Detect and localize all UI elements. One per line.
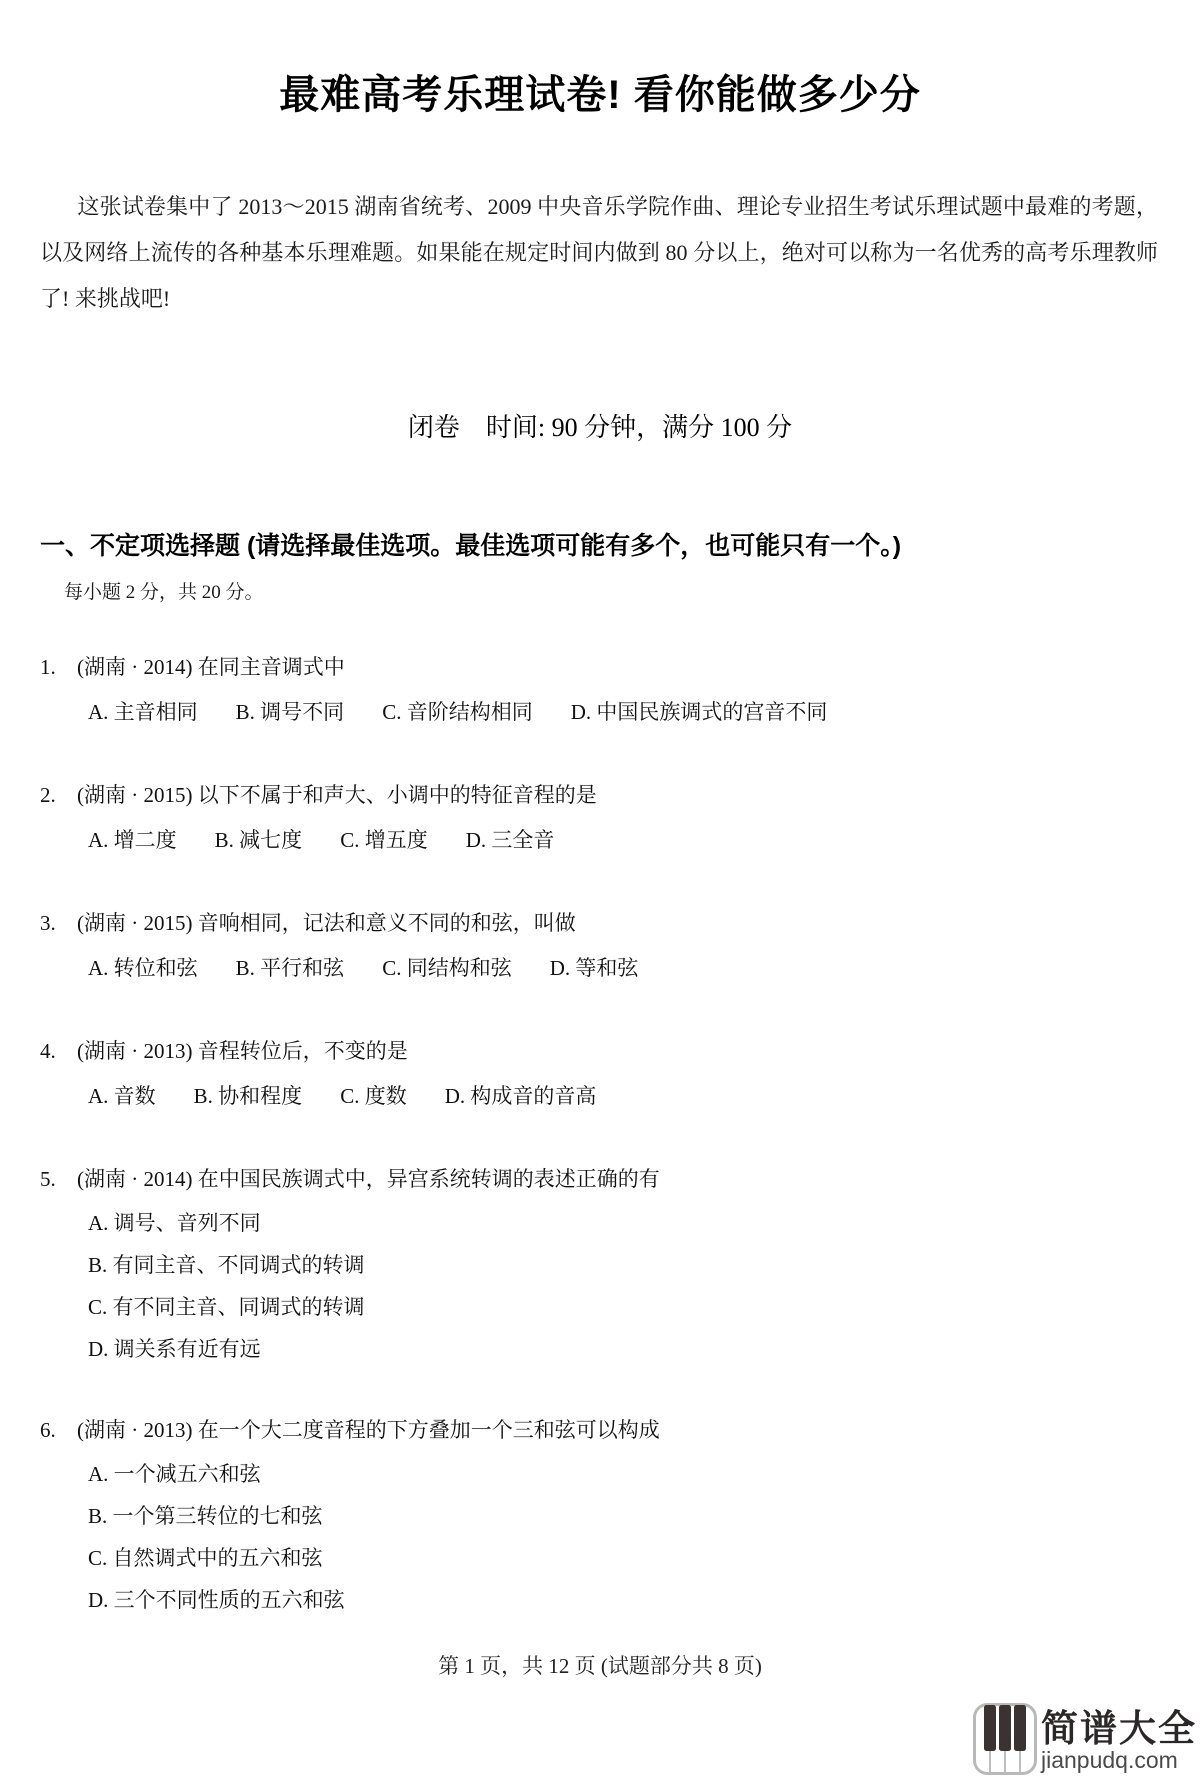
page-footer: 第 1 页，共 12 页 (试题部分共 8 页) — [0, 1650, 1200, 1682]
question-stem: (湖南 · 2014) 在同主音调式中 — [77, 645, 1160, 690]
question-option: C. 音阶结构相同 — [382, 690, 533, 735]
question-option: A. 主音相同 — [88, 690, 198, 735]
question-option: A. 增二度 — [88, 818, 177, 863]
question-body: (湖南 · 2015) 以下不属于和声大、小调中的特征音程的是A. 增二度B. … — [77, 773, 1160, 863]
question: 1.(湖南 · 2014) 在同主音调式中A. 主音相同B. 调号不同C. 音阶… — [40, 645, 1160, 735]
question-body: (湖南 · 2014) 在中国民族调式中，异宫系统转调的表述正确的有A. 调号、… — [77, 1157, 1160, 1370]
question-stem: (湖南 · 2013) 在一个大二度音程的下方叠加一个三和弦可以构成 — [77, 1408, 1160, 1453]
questions: 1.(湖南 · 2014) 在同主音调式中A. 主音相同B. 调号不同C. 音阶… — [40, 645, 1160, 1659]
question-option: D. 三全音 — [466, 818, 555, 863]
question-options: A. 转位和弦B. 平行和弦C. 同结构和弦D. 等和弦 — [77, 946, 1160, 991]
watermark-brand: 简谱大全 — [1041, 1710, 1197, 1748]
page-title: 最难高考乐理试卷! 看你能做多少分 — [0, 68, 1200, 122]
question-options: A. 音数B. 协和程度C. 度数D. 构成音的音高 — [77, 1074, 1160, 1119]
question: 5.(湖南 · 2014) 在中国民族调式中，异宫系统转调的表述正确的有A. 调… — [40, 1157, 1160, 1370]
question-options: A. 一个减五六和弦B. 一个第三转位的七和弦C. 自然调式中的五六和弦D. 三… — [77, 1453, 1160, 1621]
question: 3.(湖南 · 2015) 音响相同，记法和意义不同的和弦，叫做A. 转位和弦B… — [40, 901, 1160, 991]
question-option: D. 等和弦 — [550, 946, 639, 991]
question-option: A. 调号、音列不同 — [88, 1202, 1160, 1244]
watermark-text: 简谱大全 jianpudq.com — [1041, 1710, 1197, 1773]
question-number: 2. — [40, 773, 77, 818]
question-body: (湖南 · 2014) 在同主音调式中A. 主音相同B. 调号不同C. 音阶结构… — [77, 645, 1160, 735]
question-option: A. 转位和弦 — [88, 946, 198, 991]
exam-page: 最难高考乐理试卷! 看你能做多少分 这张试卷集中了 2013～2015 湖南省统… — [0, 0, 1200, 1784]
question-option: D. 调关系有近有远 — [88, 1328, 1160, 1370]
question-options: A. 增二度B. 减七度C. 增五度D. 三全音 — [77, 818, 1160, 863]
question-stem: (湖南 · 2014) 在中国民族调式中，异宫系统转调的表述正确的有 — [77, 1157, 1160, 1202]
section-note: 每小题 2 分，共 20 分。 — [64, 578, 264, 608]
question-option: B. 减七度 — [215, 818, 303, 863]
question-option: C. 增五度 — [340, 818, 428, 863]
question-option: B. 一个第三转位的七和弦 — [88, 1495, 1160, 1537]
section-title: 一、不定项选择题 (请选择最佳选项。最佳选项可能有多个，也可能只有一个。) — [40, 528, 1160, 564]
question: 4.(湖南 · 2013) 音程转位后，不变的是A. 音数B. 协和程度C. 度… — [40, 1029, 1160, 1119]
question-option: D. 中国民族调式的宫音不同 — [571, 690, 828, 735]
question-stem: (湖南 · 2015) 以下不属于和声大、小调中的特征音程的是 — [77, 773, 1160, 818]
question-option: C. 有不同主音、同调式的转调 — [88, 1286, 1160, 1328]
question-option: B. 平行和弦 — [236, 946, 345, 991]
watermark-domain: jianpudq.com — [1041, 1748, 1197, 1773]
question-stem: (湖南 · 2013) 音程转位后，不变的是 — [77, 1029, 1160, 1074]
question-option: C. 自然调式中的五六和弦 — [88, 1537, 1160, 1579]
question-number: 1. — [40, 645, 77, 690]
question: 6.(湖南 · 2013) 在一个大二度音程的下方叠加一个三和弦可以构成A. 一… — [40, 1408, 1160, 1621]
question-option: B. 调号不同 — [236, 690, 345, 735]
question-option: B. 有同主音、不同调式的转调 — [88, 1244, 1160, 1286]
question-options: A. 主音相同B. 调号不同C. 音阶结构相同D. 中国民族调式的宫音不同 — [77, 690, 1160, 735]
question-number: 3. — [40, 901, 77, 946]
question-options: A. 调号、音列不同B. 有同主音、不同调式的转调C. 有不同主音、同调式的转调… — [77, 1202, 1160, 1370]
question-option: B. 协和程度 — [194, 1074, 303, 1119]
question-body: (湖南 · 2013) 音程转位后，不变的是A. 音数B. 协和程度C. 度数D… — [77, 1029, 1160, 1119]
piano-keys-icon — [973, 1703, 1037, 1780]
exam-meta: 闭卷 时间: 90 分钟，满分 100 分 — [0, 406, 1200, 450]
question-option: D. 构成音的音高 — [445, 1074, 597, 1119]
question-body: (湖南 · 2013) 在一个大二度音程的下方叠加一个三和弦可以构成A. 一个减… — [77, 1408, 1160, 1621]
watermark: 简谱大全 jianpudq.com — [973, 1703, 1197, 1780]
question: 2.(湖南 · 2015) 以下不属于和声大、小调中的特征音程的是A. 增二度B… — [40, 773, 1160, 863]
intro-paragraph: 这张试卷集中了 2013～2015 湖南省统考、2009 中央音乐学院作曲、理论… — [40, 184, 1158, 322]
question-number: 4. — [40, 1029, 77, 1074]
question-number: 6. — [40, 1408, 77, 1453]
question-option: A. 音数 — [88, 1074, 156, 1119]
question-option: D. 三个不同性质的五六和弦 — [88, 1579, 1160, 1621]
question-body: (湖南 · 2015) 音响相同，记法和意义不同的和弦，叫做A. 转位和弦B. … — [77, 901, 1160, 991]
question-stem: (湖南 · 2015) 音响相同，记法和意义不同的和弦，叫做 — [77, 901, 1160, 946]
question-option: A. 一个减五六和弦 — [88, 1453, 1160, 1495]
question-number: 5. — [40, 1157, 77, 1202]
question-option: C. 度数 — [340, 1074, 407, 1119]
question-option: C. 同结构和弦 — [382, 946, 512, 991]
